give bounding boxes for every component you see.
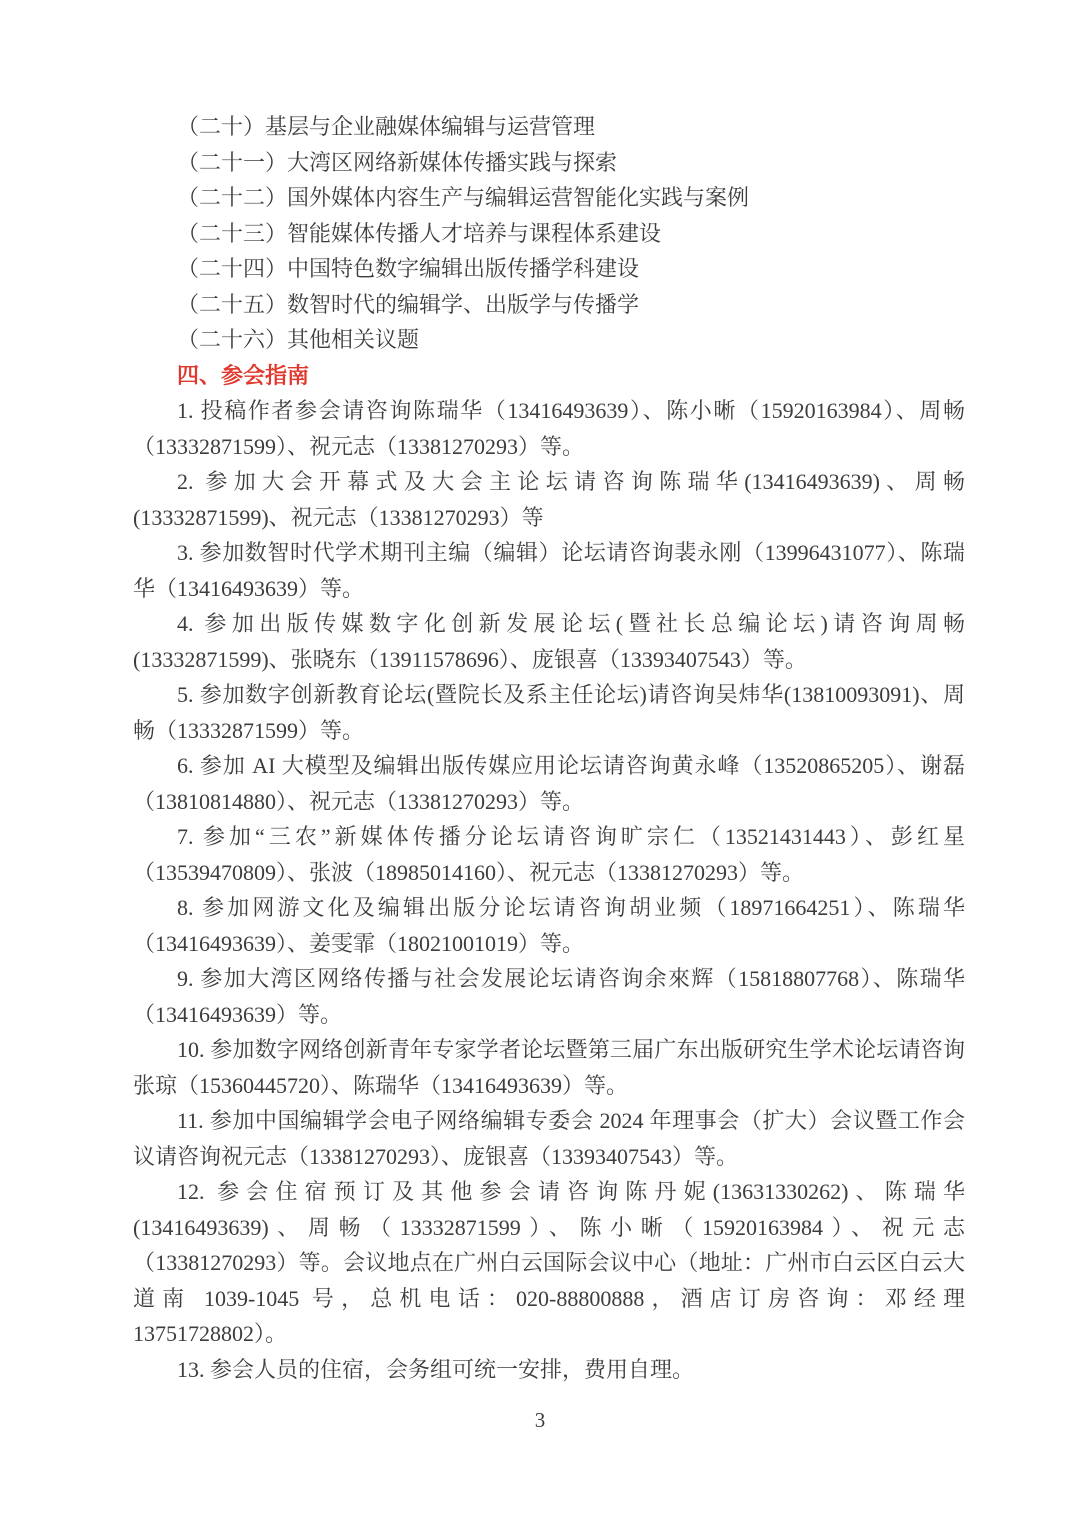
document-content: （二十）基层与企业融媒体编辑与运营管理 （二十一）大湾区网络新媒体传播实践与探索… (133, 109, 965, 1387)
topic-list-item: （二十三）智能媒体传播人才培养与课程体系建设 (133, 216, 965, 252)
topic-list-item: （二十五）数智时代的编辑学、出版学与传播学 (133, 287, 965, 323)
topic-list-item: （二十四）中国特色数字编辑出版传播学科建设 (133, 251, 965, 287)
paragraph-item-11: 11. 参加中国编辑学会电子网络编辑专委会 2024 年理事会（扩大）会议暨工作… (133, 1103, 965, 1174)
paragraph-item-1: 1. 投稿作者参会请咨询陈瑞华（13416493639）、陈小晰（1592016… (133, 393, 965, 464)
topic-list-item: （二十）基层与企业融媒体编辑与运营管理 (133, 109, 965, 145)
page-number: 3 (0, 1408, 1080, 1433)
paragraph-item-12: 12. 参会住宿预订及其他参会请咨询陈丹妮(13631330262)、陈瑞华(1… (133, 1174, 965, 1352)
topic-list-item: （二十二）国外媒体内容生产与编辑运营智能化实践与案例 (133, 180, 965, 216)
topic-list-item: （二十六）其他相关议题 (133, 322, 965, 358)
paragraph-item-4: 4. 参加出版传媒数字化创新发展论坛(暨社长总编论坛)请咨询周畅(1333287… (133, 606, 965, 677)
paragraph-item-9: 9. 参加大湾区网络传播与社会发展论坛请咨询余來辉（15818807768）、陈… (133, 961, 965, 1032)
paragraph-item-7: 7. 参加“三农”新媒体传播分论坛请咨询旷宗仁（13521431443）、彭红星… (133, 819, 965, 890)
paragraph-item-6: 6. 参加 AI 大模型及编辑出版传媒应用论坛请咨询黄永峰（1352086520… (133, 748, 965, 819)
section-heading: 四、参会指南 (133, 358, 965, 394)
document-page: （二十）基层与企业融媒体编辑与运营管理 （二十一）大湾区网络新媒体传播实践与探索… (0, 0, 1080, 1526)
paragraph-item-10: 10. 参加数字网络创新青年专家学者论坛暨第三届广东出版研究生学术论坛请咨询张琼… (133, 1032, 965, 1103)
paragraph-item-5: 5. 参加数字创新教育论坛(暨院长及系主任论坛)请咨询吴炜华(138100930… (133, 677, 965, 748)
paragraph-item-2: 2. 参加大会开幕式及大会主论坛请咨询陈瑞华(13416493639)、周畅(1… (133, 464, 965, 535)
topic-list-item: （二十一）大湾区网络新媒体传播实践与探索 (133, 145, 965, 181)
paragraph-item-13: 13. 参会人员的住宿，会务组可统一安排，费用自理。 (133, 1352, 965, 1388)
paragraph-item-8: 8. 参加网游文化及编辑出版分论坛请咨询胡业频（18971664251）、陈瑞华… (133, 890, 965, 961)
paragraph-item-3: 3. 参加数智时代学术期刊主编（编辑）论坛请咨询裴永刚（13996431077）… (133, 535, 965, 606)
